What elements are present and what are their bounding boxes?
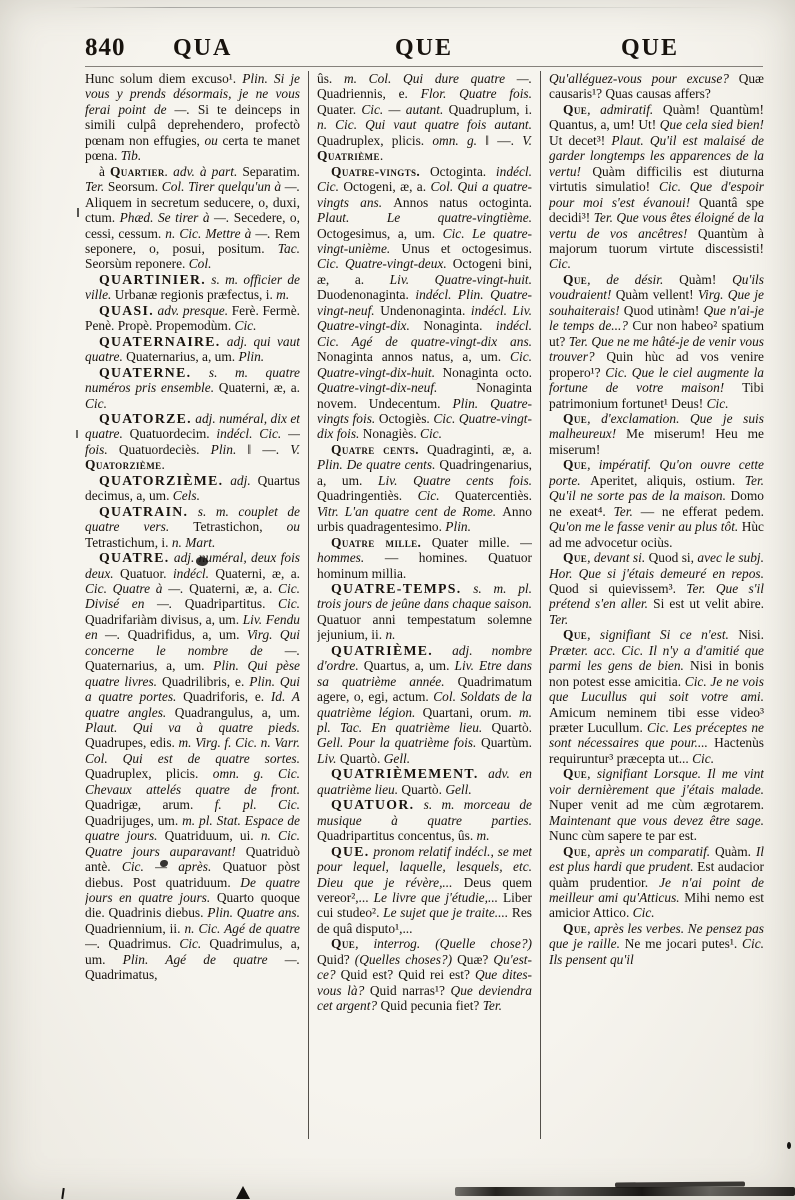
- entry-text: m. Col. Qui dure quatre —.: [344, 71, 532, 86]
- entry-text: Cic. Quatre à —.: [85, 581, 189, 596]
- entry-text: Gell.: [445, 782, 471, 797]
- headword: Quatrième: [317, 148, 380, 163]
- entry-text: omn. g.: [432, 133, 477, 148]
- entry-paragraph: QUATRAIN. s. m. couplet de quatre vers. …: [85, 504, 300, 550]
- entry-paragraph: Que, devant si. Quod si, avec le subj. H…: [549, 550, 764, 627]
- entry-text: Tac.: [278, 241, 300, 256]
- entry-text: Ter.: [614, 504, 641, 519]
- entry-paragraph: QUARTINIER. s. m. officier de ville. Urb…: [85, 272, 300, 303]
- entry-text: Quartùm.: [481, 735, 532, 750]
- text-columns: Hunc solum diem excuso¹. Plin. Si je vou…: [85, 71, 765, 1145]
- entry-text: Liv.: [317, 751, 340, 766]
- entry-text: Plin.: [445, 519, 471, 534]
- scan-mark: [787, 1142, 791, 1149]
- entry-text: Quod si quievissem³.: [549, 581, 686, 596]
- entry-paragraph: Que, d'exclamation. Que je suis malheure…: [549, 411, 764, 457]
- entry-text: Quatuordeciès.: [119, 442, 211, 457]
- scan-mark-triangle: [236, 1186, 250, 1199]
- headword: QUATRE.: [99, 550, 170, 565]
- entry-text: indécl.: [173, 566, 215, 581]
- entry-text: Quartò.: [401, 782, 445, 797]
- entry-text: Quatuor.: [120, 566, 173, 581]
- entry-text: Plin. Agé de quatre —.: [123, 952, 300, 967]
- entry-text: Quadrimatus,: [85, 967, 158, 982]
- entry-text: à: [99, 164, 110, 179]
- running-head-que-right: QUE: [537, 35, 763, 62]
- entry-text: Flor. Quatre fois.: [421, 86, 532, 101]
- entry-text: Quatriduum, ui.: [165, 828, 261, 843]
- entry-text: Nuper venit ad me cùm ægrotarem.: [549, 797, 764, 812]
- headword: QUE.: [331, 844, 370, 859]
- entry-text: Quadripartitus.: [185, 596, 278, 611]
- entry-text: Gell.: [384, 751, 410, 766]
- entry-text: Maintenant que vous devez être sage.: [549, 813, 764, 828]
- entry-text: Ter.: [483, 998, 502, 1013]
- entry-text: Quadraginti, æ, a.: [419, 442, 532, 457]
- entry-text: Cic.: [418, 488, 455, 503]
- entry-paragraph: Que, de désir. Quàm! Qu'ils voudraient! …: [549, 272, 764, 411]
- headword: Quatre cents.: [331, 442, 419, 457]
- entry-text: Octogiès.: [379, 411, 434, 426]
- headword: QUATUOR.: [331, 797, 414, 812]
- entry-text: Ne me jocari putes¹.: [625, 936, 742, 951]
- dictionary-page: 840 QUA QUE QUE Hunc solum diem excuso¹.…: [0, 0, 795, 1200]
- entry-text: Quatre-vingt-dix-neuf.: [317, 380, 476, 395]
- headword: Que: [563, 627, 587, 642]
- headword: QUATERNAIRE.: [99, 334, 221, 349]
- entry-text: Quod utinàm!: [624, 303, 704, 318]
- entry-text: Quartani, orum.: [423, 705, 519, 720]
- entry-text: Tib.: [121, 148, 141, 163]
- entry-paragraph: QUE. pronom relatif indécl., se met pour…: [317, 844, 532, 937]
- entry-text: Cic.: [85, 396, 107, 411]
- entry-text: Quadrijuges, um.: [85, 813, 182, 828]
- page-header: 840 QUA QUE QUE: [85, 34, 763, 64]
- entry-text: Quadrifidus, a, um.: [128, 627, 247, 642]
- entry-paragraph: Quatre mille. Quater mille. — hommes. — …: [317, 535, 532, 581]
- entry-text: Tetrastichon,: [193, 519, 286, 534]
- headword: QUATRAIN.: [99, 504, 188, 519]
- headword: Quatorzième: [85, 457, 162, 472]
- scan-mark: [76, 430, 78, 438]
- entry-text: Quadriforis, e.: [183, 689, 271, 704]
- entry-text: ‖ —.: [236, 442, 290, 457]
- entry-text: f. pl. Cic.: [215, 797, 300, 812]
- headword: QUATORZIÈME.: [99, 473, 223, 488]
- page-number: 840: [85, 34, 173, 62]
- entry-text: Quadrifariàm divisus, a, um.: [85, 612, 243, 627]
- entry-paragraph: QUATUOR. s. m. morceau de musique à quat…: [317, 797, 532, 843]
- entry-text: Cic. — après.: [122, 859, 223, 874]
- entry-text: Quartò.: [340, 751, 384, 766]
- entry-text: Plin.: [211, 442, 237, 457]
- column-2: ûs. m. Col. Qui dure quatre —. Quadrienn…: [317, 71, 532, 1145]
- running-head-que-middle: QUE: [311, 35, 537, 62]
- entry-paragraph: QUATRIÈME. adj. nombre d'ordre. Quartus,…: [317, 643, 532, 767]
- entry-text: Qu'alléguez-vous pour excuse?: [549, 71, 739, 86]
- headword: Que: [563, 921, 587, 936]
- headword: Que: [563, 844, 587, 859]
- entry-text: Nunc cùm sapere te par est.: [549, 828, 697, 843]
- entry-text: m.: [477, 828, 490, 843]
- entry-text: Quàm!: [679, 272, 732, 287]
- entry-text: Cic.: [633, 905, 655, 920]
- entry-text: Quid pecunia fiet?: [380, 998, 482, 1013]
- entry-paragraph: QUATORZIÈME. adj. Quartus decimus, a, um…: [85, 473, 300, 504]
- entry-text: Quartus, a, um.: [364, 658, 455, 673]
- entry-text: n. Cic. Mettre à —.: [165, 226, 274, 241]
- entry-text: ‖ —.: [477, 133, 522, 148]
- headword: QUASI.: [99, 303, 154, 318]
- entry-text: Quaterni, æ, a.: [219, 380, 300, 395]
- entry-paragraph: Que, impératif. Qu'on ouvre cette porte.…: [549, 457, 764, 550]
- entry-text: Cels.: [173, 488, 200, 503]
- entry-text: Seorsum.: [108, 179, 162, 194]
- headword: QUATRE-TEMPS.: [331, 581, 461, 596]
- entry-text: .: [380, 148, 383, 163]
- entry-paragraph: Qu'alléguez-vous pour excuse? Quæ causar…: [549, 71, 764, 102]
- entry-text: Cic.: [549, 256, 571, 271]
- headword: QUATORZE.: [99, 411, 192, 426]
- entry-text: (Quelles choses?): [355, 952, 457, 967]
- entry-text: Urbanæ regionis præfectus, i.: [115, 287, 276, 302]
- entry-text: Quaternarius, a, um.: [126, 349, 238, 364]
- entry-text: Quatuordecim.: [130, 426, 217, 441]
- entry-text: Quàm.: [715, 844, 756, 859]
- entry-text: Nonaginta octo.: [442, 365, 532, 380]
- entry-paragraph: à Quartier. adv. à part. Separatim. Ter.…: [85, 164, 300, 272]
- entry-text: — ne efferat pedem.: [641, 504, 764, 519]
- column-1: Hunc solum diem excuso¹. Plin. Si je vou…: [85, 71, 300, 1145]
- entry-text: Plaut. Le quatre-vingtième.: [317, 210, 532, 225]
- entry-paragraph: QUATRE-TEMPS. s. m. pl. trois jours de j…: [317, 581, 532, 643]
- running-head-qua: QUA: [173, 35, 311, 62]
- entry-text: Quæ?: [457, 952, 493, 967]
- entry-text: n.: [385, 627, 395, 642]
- scan-edge-line: [70, 7, 740, 8]
- entry-text: Vitr. L'an quatre cent de Rome.: [317, 504, 502, 519]
- headword: Quatre mille.: [331, 535, 421, 550]
- scan-mark: [61, 1188, 65, 1199]
- entry-text: Seorsùm reponere.: [85, 256, 189, 271]
- header-rule: [85, 66, 763, 67]
- entry-text: Octoginta.: [420, 164, 496, 179]
- entry-paragraph: ûs. m. Col. Qui dure quatre —. Quadrienn…: [317, 71, 532, 164]
- entry-text: Que cela sied bien!: [660, 117, 764, 132]
- entry-paragraph: Quatre cents. Quadraginti, æ, a. Plin. D…: [317, 442, 532, 535]
- entry-text: , après un comparatif.: [587, 844, 715, 859]
- entry-paragraph: Que, admiratif. Quàm! Quantùm! Quantus, …: [549, 102, 764, 272]
- entry-text: Duodenonaginta.: [317, 287, 415, 302]
- entry-text: Quid narras¹?: [370, 983, 451, 998]
- entry-text: , interrog. (Quelle chose?): [355, 936, 532, 951]
- next-page-shadow: [615, 1182, 745, 1188]
- column-3: Qu'alléguez-vous pour excuse? Quæ causar…: [549, 71, 764, 1145]
- headword: Que: [563, 457, 587, 472]
- entry-text: Undenonaginta.: [380, 303, 471, 318]
- entry-text: .: [162, 457, 165, 472]
- entry-text: Nonagiès.: [363, 426, 420, 441]
- entry-text: ou: [287, 519, 300, 534]
- entry-text: Annos natus octoginta.: [393, 195, 532, 210]
- entry-text: Quaterni, æ, a.: [189, 581, 278, 596]
- entry-paragraph: Que, signifiant Si ce n'est. Nisi. Præte…: [549, 627, 764, 766]
- entry-text: Quadruplum, i.: [449, 102, 532, 117]
- entry-paragraph: Quatre-vingts. Octoginta. indécl. Cic. O…: [317, 164, 532, 442]
- entry-text: Quadrilibris, e.: [162, 674, 249, 689]
- column-rule-1: [308, 71, 309, 1139]
- next-page-shadow: [455, 1187, 795, 1196]
- scan-mark: [77, 208, 79, 217]
- entry-text: Quadriennis, e.: [317, 86, 421, 101]
- entry-text: n. Cic. Qui vaut quatre fois autant.: [317, 117, 532, 132]
- entry-text: Qu'on me le fasse venir au plus tôt.: [549, 519, 742, 534]
- entry-text: Nisi.: [738, 627, 764, 642]
- entry-text: Quatuor anni tempestatum solemne jejuniu…: [317, 612, 532, 642]
- entry-text: Gell. Pour la quatrième fois.: [317, 735, 481, 750]
- entry-text: n. Mart.: [172, 535, 216, 550]
- entry-paragraph: Que, interrog. (Quelle chose?) Quid? (Qu…: [317, 936, 532, 1013]
- entry-text: , devant si.: [587, 550, 648, 565]
- headword: Quatre-vingts.: [331, 164, 420, 179]
- headword: Que: [563, 766, 587, 781]
- entry-text: Quadrangulus, a, um.: [175, 705, 300, 720]
- entry-text: Octogeni, æ, a.: [343, 179, 430, 194]
- entry-text: Quater mille.: [421, 535, 520, 550]
- entry-text: Quartò.: [491, 720, 532, 735]
- entry-text: Cic.: [707, 396, 729, 411]
- entry-text: Quàm vellent!: [616, 287, 698, 302]
- entry-text: Quadrimus.: [108, 936, 179, 951]
- entry-text: Hunc solum diem excuso¹.: [85, 71, 242, 86]
- headword: Que: [331, 936, 355, 951]
- entry-text: Liv. Quatre cents fois.: [378, 473, 532, 488]
- entry-text: Quadringentiès.: [317, 488, 418, 503]
- entry-text: Cic.: [420, 426, 442, 441]
- entry-text: Liv. Quatre-vingt-huit.: [390, 272, 532, 287]
- entry-text: Col.: [189, 256, 212, 271]
- entry-text: Si est ut velit abire.: [653, 596, 764, 611]
- entry-text: Quadrupes, edis.: [85, 735, 179, 750]
- entry-text: Cic.: [278, 596, 300, 611]
- entry-text: Le livre que j'étudie,...: [374, 890, 503, 905]
- entry-text: m.: [276, 287, 289, 302]
- entry-text: ûs.: [317, 71, 344, 86]
- entry-text: Octogesimus, a, um.: [317, 226, 443, 241]
- entry-text: Cic. — autant.: [361, 102, 448, 117]
- entry-text: Unus et octogesimus.: [401, 241, 532, 256]
- entry-text: Quatercentiès.: [455, 488, 532, 503]
- entry-text: , signifiant Si ce n'est.: [587, 627, 738, 642]
- entry-paragraph: Hunc solum diem excuso¹. Plin. Si je vou…: [85, 71, 300, 164]
- entry-text: Cic.: [235, 318, 257, 333]
- entry-paragraph: QUATERNAIRE. adj. qui vaut quatre. Quate…: [85, 334, 300, 365]
- entry-text: Plaut. Qui va à quatre pieds.: [85, 720, 300, 735]
- headword: Que: [563, 272, 587, 287]
- entry-text: Ter.: [549, 612, 568, 627]
- entry-text: V.: [522, 133, 532, 148]
- entry-text: Col. Tirer quelqu'un à —.: [162, 179, 300, 194]
- entry-text: Cic.: [692, 751, 714, 766]
- entry-text: Le sujet que je traite....: [383, 905, 512, 920]
- entry-text: . adv. à part.: [165, 164, 243, 179]
- entry-text: Quadriennium, ii.: [85, 921, 184, 936]
- entry-text: Aperitet, aliquis, ostium.: [590, 473, 745, 488]
- headword: Quartier: [110, 164, 165, 179]
- headword: QUATRIÈME.: [331, 643, 433, 658]
- entry-text: Separatim.: [242, 164, 300, 179]
- entry-paragraph: Que, après un comparatif. Quàm. Il est p…: [549, 844, 764, 921]
- entry-text: Plin. Quatre ans.: [207, 905, 300, 920]
- entry-text: Ut decet³!: [549, 133, 611, 148]
- entry-paragraph: QUATRE. adj. numéral, deux fois deux. Qu…: [85, 550, 300, 983]
- entry-text: ou: [204, 133, 222, 148]
- entry-text: Quid?: [317, 952, 355, 967]
- entry-text: adv. presque.: [154, 303, 232, 318]
- entry-paragraph: Que, signifiant Lorsque. Il me vint voir…: [549, 766, 764, 843]
- entry-text: Cic.: [179, 936, 209, 951]
- entry-text: Nonaginta annos natus, a, um.: [317, 349, 510, 364]
- entry-text: Plin.: [238, 349, 264, 364]
- entry-paragraph: Que, après les verbes. Ne pensez pas que…: [549, 921, 764, 967]
- entry-text: Quaterni, æ, a.: [215, 566, 300, 581]
- entry-text: Quadruplex, plicis.: [85, 766, 213, 781]
- entry-text: Nonaginta.: [423, 318, 496, 333]
- entry-text: Cic. Quatre-vingt-deux.: [317, 256, 453, 271]
- entry-text: adj.: [223, 473, 257, 488]
- entry-text: Quadripartitus concentus, ûs.: [317, 828, 477, 843]
- entry-text: Quadrigæ, arum.: [85, 797, 215, 812]
- entry-paragraph: QUATERNE. s. m. quatre numéros pris ense…: [85, 365, 300, 411]
- entry-text: Quater.: [317, 102, 361, 117]
- entry-text: Quaternarius, a, um.: [85, 658, 213, 673]
- headword: Que: [563, 550, 587, 565]
- headword: QUARTINIER.: [99, 272, 206, 287]
- entry-text: Plin. De quatre cents.: [317, 457, 439, 472]
- entry-text: Quid est? Quid rei est?: [341, 967, 475, 982]
- entry-text: V.: [290, 442, 300, 457]
- entry-text: Quadruplex, plicis.: [317, 133, 432, 148]
- headword: Que: [563, 102, 587, 117]
- entry-text: Quod si,: [649, 550, 698, 565]
- entry-paragraph: QUATORZE. adj. numéral, dix et quatre. Q…: [85, 411, 300, 473]
- headword: Que: [563, 411, 587, 426]
- entry-text: , admiratif.: [587, 102, 663, 117]
- entry-text: , de désir.: [587, 272, 679, 287]
- entry-text: Tetrastichum, i.: [85, 535, 172, 550]
- entry-paragraph: QUATRIÈMEMENT. adv. en quatrième lieu. Q…: [317, 766, 532, 797]
- headword: QUATERNE.: [99, 365, 191, 380]
- entry-paragraph: QUASI. adv. presque. Ferè. Fermè. Penè. …: [85, 303, 300, 334]
- column-rule-2: [540, 71, 541, 1139]
- entry-text: Ter.: [85, 179, 108, 194]
- entry-text: Phæd. Se tirer à —.: [120, 210, 234, 225]
- headword: QUATRIÈMEMENT.: [331, 766, 479, 781]
